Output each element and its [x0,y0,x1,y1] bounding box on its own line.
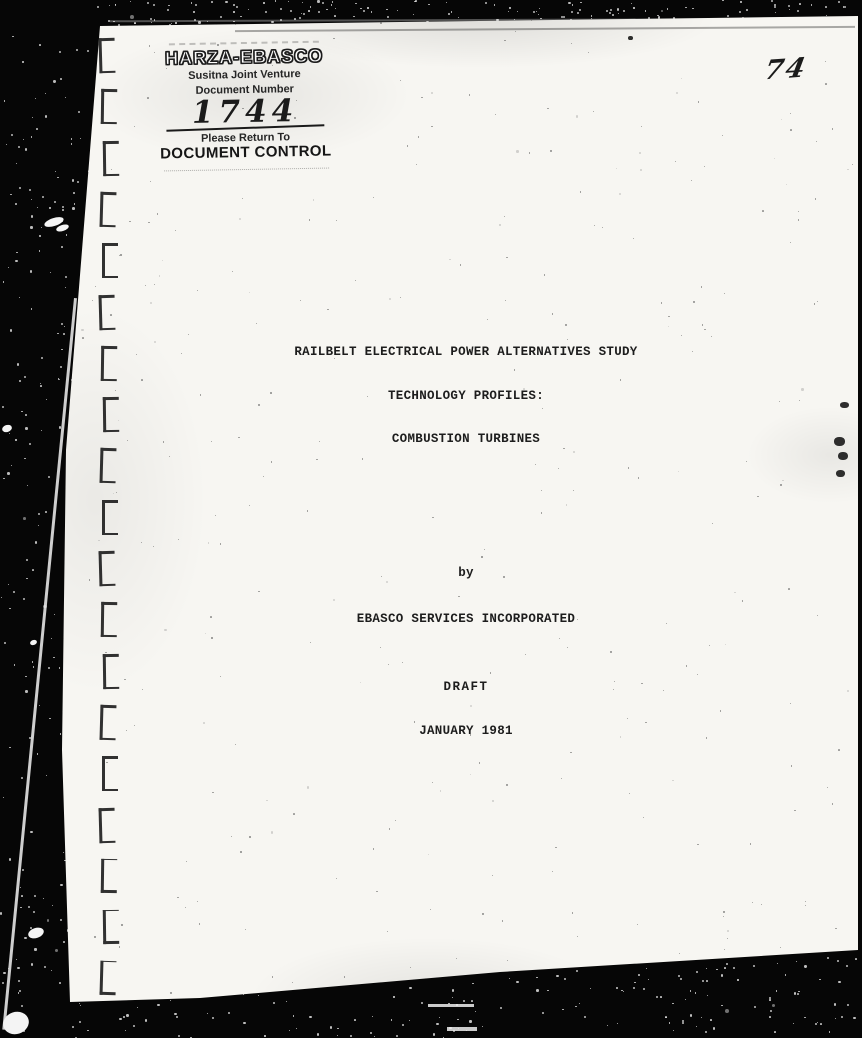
noise-dot [49,207,50,208]
noise-dot [686,665,687,666]
noise-dot [580,2,581,3]
noise-dot [4,642,6,644]
noise-dot [781,119,782,120]
noise-dot [72,179,74,181]
noise-dot [167,9,169,11]
noise-dot [317,0,319,2]
noise-dot [10,329,12,331]
noise-dot [769,997,771,999]
noise-dot [410,967,411,968]
noise-dot [531,20,532,21]
noise-dot [606,10,608,12]
stamp-venture-label: Susitna Joint Venture [149,67,339,82]
noise-dot [832,803,833,804]
noise-dot [48,667,50,669]
noise-dot [27,485,28,486]
noise-dot [125,1030,126,1031]
noise-dot [804,965,806,967]
noise-dot [470,705,472,707]
noise-dot [20,887,21,888]
ink-smudge [834,437,845,446]
noise-dot [668,316,669,317]
noise-dot [786,184,787,185]
noise-dot [29,443,31,445]
noise-dot [290,10,292,12]
noise-dot [695,992,696,993]
noise-dot [458,17,459,18]
noise-dot [507,960,508,961]
noise-dot [796,961,797,962]
noise-dot [334,15,336,17]
noise-dot [740,1,741,2]
noise-dot [3,972,5,974]
noise-dot [76,49,78,51]
noise-dot [49,718,50,719]
noise-dot [263,476,264,477]
noise-dot [145,1019,147,1021]
film-scratch-dash [447,1027,477,1031]
noise-dot [53,657,55,659]
noise-dot [730,979,731,980]
noise-dot [157,213,158,214]
noise-dot [34,948,36,950]
noise-dot [757,496,758,497]
noise-dot [723,911,724,912]
noise-dot [712,523,713,524]
noise-dot [475,1011,477,1013]
noise-dot [725,644,726,645]
noise-dot [693,301,694,302]
noise-dot [203,722,205,724]
noise-dot [19,297,20,298]
noise-dot [23,139,25,141]
noise-dot [387,931,388,932]
noise-dot [235,24,236,25]
noise-dot [575,1006,576,1007]
noise-dot [819,979,821,981]
noise-dot [428,4,430,6]
noise-dot [494,4,495,5]
noise-dot [150,181,151,182]
noise-dot [396,1035,398,1037]
noise-dot [330,1026,332,1028]
noise-dot [220,543,221,544]
noise-dot [211,637,212,638]
binding-hole [100,961,117,995]
report-subtitle: TECHNOLOGY PROFILES: [70,390,862,403]
noise-dot [563,16,565,18]
noise-dot [81,329,83,331]
noise-dot [208,542,209,543]
noise-dot [336,878,337,879]
binding-hole [99,38,116,73]
binding-hole [102,756,118,791]
noise-dot [120,254,121,255]
noise-dot [115,4,116,5]
noise-dot [47,919,50,922]
noise-dot [552,871,553,872]
noise-dot [293,813,295,815]
noise-dot [561,778,562,779]
noise-dot [54,201,56,203]
noise-dot [648,979,650,981]
noise-dot [827,787,828,788]
noise-dot [126,1014,129,1017]
noise-dot [59,982,61,984]
noise-dot [21,895,23,897]
noise-dot [21,411,22,412]
noise-dot [353,16,354,17]
noise-dot [23,517,26,520]
noise-dot [289,1030,290,1031]
noise-dot [820,1023,822,1025]
noise-dot [617,8,619,10]
noise-dot [31,963,33,965]
noise-dot [589,970,590,971]
noise-dot [456,958,457,959]
noise-dot [832,128,833,129]
noise-dot [29,189,31,191]
noise-dot [472,983,473,984]
noise-dot [7,472,10,475]
noise-dot [697,674,698,675]
noise-dot [457,1019,458,1020]
film-blemish [29,639,37,646]
handwritten-page-number: 74 [762,55,809,85]
noise-dot [774,4,776,6]
noise-dot [41,357,43,359]
noise-dot [563,448,564,449]
noise-dot [786,977,787,978]
noise-dot [490,672,491,673]
noise-dot [309,1016,312,1019]
film-scratch-dash [428,1004,474,1007]
noise-dot [271,461,273,463]
noise-dot [147,2,149,4]
stamp-smudge-line-bottom [164,168,329,172]
noise-dot [175,22,176,23]
noise-dot [373,197,374,198]
noise-dot [60,733,62,735]
binding-hole [103,910,119,944]
noise-dot [60,884,62,886]
noise-dot [21,777,23,779]
noise-dot [185,907,186,908]
noise-dot [134,126,135,127]
noise-dot [536,977,537,978]
noise-dot [825,61,826,62]
noise-dot [690,990,691,991]
noise-dot [360,8,361,9]
noise-dot [409,987,411,989]
noise-dot [696,1026,697,1027]
noise-dot [61,246,63,248]
noise-dot [750,843,751,844]
noise-dot [80,138,81,139]
noise-dot [504,40,505,41]
noise-dot [231,836,232,837]
noise-dot [248,9,249,10]
noise-dot [145,285,146,286]
noise-dot [197,901,198,902]
noise-dot [785,974,787,976]
noise-dot [9,747,10,748]
noise-dot [39,705,40,706]
noise-dot [469,1020,471,1022]
noise-dot [95,286,96,287]
noise-dot [631,3,632,4]
noise-dot [178,1035,181,1038]
noise-dot [18,992,19,993]
noise-dot [220,676,221,677]
noise-dot [39,250,40,251]
noise-dot [22,869,24,871]
noise-dot [516,150,518,152]
noise-dot [266,800,268,802]
noise-dot [681,335,682,336]
noise-dot [746,9,748,11]
noise-dot [258,995,259,996]
noise-dot [258,404,259,405]
noise-dot [310,642,311,643]
noise-dot [541,490,542,491]
noise-dot [702,324,703,325]
noise-dot [63,852,64,853]
noise-dot [431,92,433,94]
noise-dot [621,990,623,992]
noise-dot [355,280,356,281]
noise-dot [620,379,622,381]
noise-dot [25,676,27,678]
noise-dot [506,257,507,258]
noise-dot [704,329,705,330]
noise-dot [61,228,63,230]
noise-dot [97,6,99,8]
noise-dot [148,222,149,223]
noise-dot [572,987,573,988]
noise-dot [607,1025,608,1026]
noise-dot [395,820,396,821]
noise-dot [724,949,725,950]
noise-dot [115,4,117,6]
noise-dot [672,780,674,782]
noise-dot [517,11,519,13]
noise-dot [16,252,17,253]
noise-dot [133,1025,135,1027]
noise-dot [22,61,23,62]
noise-dot [846,965,848,967]
noise-dot [249,505,250,506]
noise-dot [288,1,290,3]
noise-dot [805,901,806,902]
noise-dot [612,14,614,16]
noise-dot [169,456,170,457]
noise-dot [400,297,401,298]
noise-dot [669,1022,670,1023]
noise-dot [418,136,419,137]
noise-dot [432,782,433,783]
noise-dot [451,11,452,12]
noise-dot [82,337,84,339]
noise-dot [769,1016,771,1018]
noise-dot [817,301,818,302]
noise-dot [536,11,537,12]
noise-dot [567,339,568,340]
noise-dot [393,996,394,997]
noise-dot [61,349,63,351]
noise-dot [774,1031,776,1033]
noise-dot [10,194,12,196]
noise-dot [681,78,683,80]
noise-dot [141,379,143,381]
noise-dot [64,860,66,862]
noise-dot [380,22,381,23]
noise-dot [397,10,398,11]
noise-dot [504,216,505,217]
noise-dot [616,168,618,170]
noise-dot [245,929,246,930]
noise-dot [509,978,510,979]
noise-dot [616,987,618,989]
noise-dot [18,980,20,982]
film-blemish [1,424,13,434]
noise-dot [685,7,686,8]
noise-dot [263,2,264,3]
noise-dot [220,16,222,18]
noise-dot [814,303,816,305]
noise-dot [835,928,836,929]
noise-dot [709,645,710,646]
noise-dot [15,203,17,205]
noise-dot [41,227,42,228]
film-blemish [27,926,45,940]
noise-dot [331,4,333,6]
noise-dot [734,592,735,593]
noise-dot [402,662,403,663]
noise-dot [482,913,483,914]
noise-dot [45,93,46,94]
ink-smudge [628,36,633,40]
noise-dot [572,912,574,914]
noise-dot [333,599,335,601]
noise-dot [722,135,723,136]
noise-dot [372,1016,374,1018]
noise-dot [256,323,257,324]
noise-dot [721,1005,722,1006]
noise-dot [793,1023,794,1024]
noise-dot [71,138,72,139]
noise-dot [130,15,134,19]
noise-dot [407,145,408,146]
noise-dot [54,614,55,615]
noise-dot [619,193,621,195]
noise-dot [79,1003,80,1004]
noise-dot [235,744,236,745]
noise-dot [36,128,38,130]
noise-dot [847,169,848,170]
noise-dot [724,967,726,969]
noise-dot [762,210,764,212]
noise-dot [271,831,273,833]
noise-dot [387,16,389,18]
report-title: RAILBELT ELECTRICAL POWER ALTERNATIVES S… [70,346,862,359]
noise-dot [691,180,692,181]
noise-dot [506,784,507,785]
noise-dot [38,513,40,515]
noise-dot [431,126,432,127]
document-control-stamp: HARZA-EBASCO Susitna Joint Venture Docum… [149,40,341,171]
noise-dot [386,9,388,11]
noise-dot [38,525,39,526]
noise-dot [633,7,634,8]
noise-dot [707,995,708,996]
noise-dot [205,633,206,634]
noise-dot [31,136,32,137]
noise-dot [33,666,34,667]
noise-dot [746,461,747,462]
noise-dot [64,326,65,327]
noise-dot [293,1015,295,1017]
noise-dot [52,905,53,906]
noise-dot [826,15,827,16]
noise-dot [211,1,213,3]
noise-dot [643,988,645,990]
noise-dot [30,226,32,228]
noise-dot [154,284,155,285]
noise-dot [188,334,189,335]
noise-dot [79,1021,81,1023]
noise-dot [696,971,698,973]
noise-dot [414,721,416,723]
noise-dot [55,949,58,952]
noise-dot [815,198,816,199]
stamp-smudge-line [169,41,319,46]
noise-dot [716,969,718,971]
noise-dot [8,267,9,268]
noise-dot [726,963,728,965]
ink-smudge [836,470,845,477]
noise-dot [317,1033,319,1035]
noise-dot [623,10,625,12]
noise-dot [388,664,389,665]
noise-dot [415,0,417,2]
noise-dot [660,996,662,998]
noise-dot [333,38,334,39]
noise-dot [59,667,60,668]
noise-dot [31,308,33,310]
noise-dot [645,10,647,12]
noise-dot [19,380,21,382]
noise-dot [151,22,152,23]
noise-dot [19,187,21,189]
noise-dot [327,309,328,310]
noise-dot [733,967,735,969]
noise-dot [80,1005,82,1007]
noise-dot [509,7,510,8]
binding-hole [100,192,117,227]
noise-dot [44,966,46,968]
noise-dot [16,959,17,960]
document-page: HARZA-EBASCO Susitna Joint Venture Docum… [0,0,862,1038]
noise-dot [544,274,545,275]
noise-dot [817,1022,818,1023]
noise-dot [794,992,796,994]
noise-dot [837,960,840,963]
noise-dot [633,987,635,989]
noise-dot [30,831,32,833]
noise-dot [48,476,50,478]
noise-dot [63,941,65,943]
